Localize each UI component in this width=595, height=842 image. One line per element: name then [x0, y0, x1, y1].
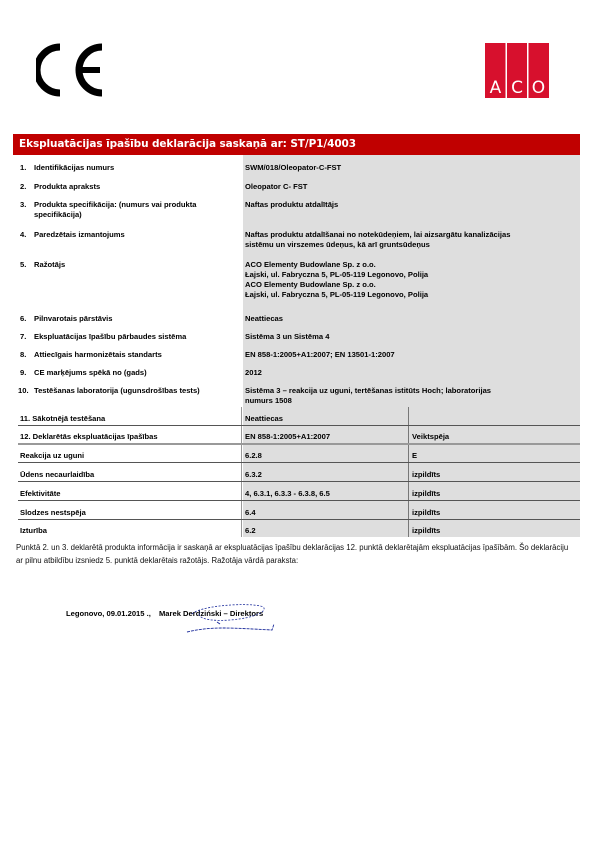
- svg-text:A: A: [490, 78, 502, 98]
- declaration-title: Ekspluatācijas īpašību deklarācija saska…: [13, 134, 580, 155]
- svg-text:O: O: [532, 78, 545, 98]
- aco-logo: A C O: [485, 43, 549, 98]
- column-divider: [408, 407, 409, 537]
- svg-text:C: C: [511, 78, 523, 98]
- row-divider: [18, 462, 580, 463]
- conformity-statement: Punktā 2. un 3. deklarētā produkta infor…: [16, 542, 576, 567]
- row-divider: [18, 443, 580, 445]
- ce-mark-logo: [36, 43, 114, 97]
- column-divider: [241, 407, 242, 537]
- value-column-background: [243, 155, 580, 537]
- row-divider: [18, 500, 580, 501]
- row-divider: [18, 519, 580, 520]
- handwritten-signature: [172, 602, 282, 642]
- row-divider: [18, 425, 580, 426]
- row-divider: [18, 481, 580, 482]
- place-date: Legonovo, 09.01.2015 .,: [66, 609, 151, 618]
